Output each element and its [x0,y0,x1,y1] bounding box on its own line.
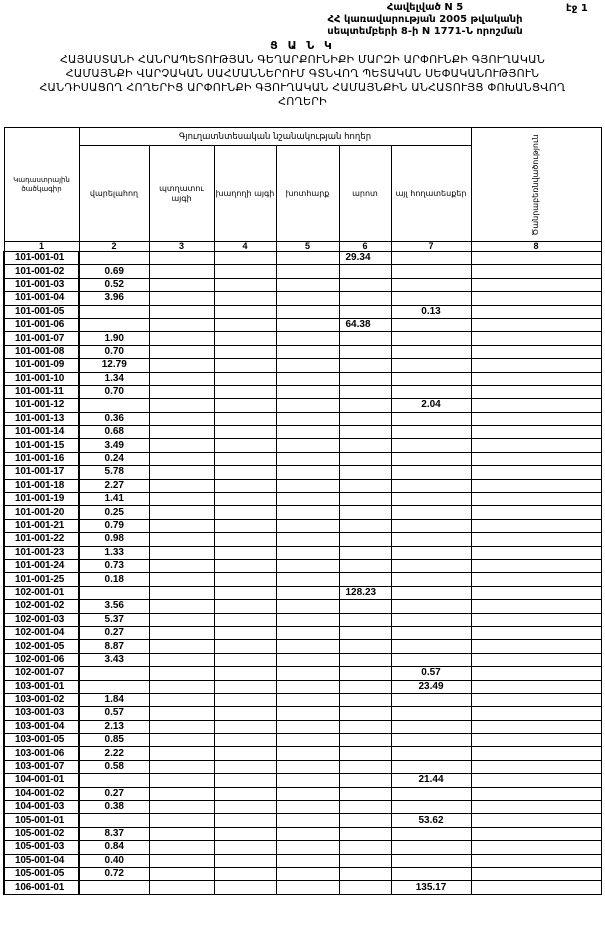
cell-vineyard [214,626,276,639]
cell-arable-land: 1.41 [79,493,149,506]
cell-other-land [391,854,471,867]
cell-vineyard [214,600,276,613]
cell-orchard [149,466,214,479]
title-list-word: Ց Ա Ն Կ [0,39,605,53]
cell-orchard [149,613,214,626]
cell-other-land [391,452,471,465]
cell-cadastral-code: 102-001-04 [4,626,79,639]
cell-pasture [339,372,391,385]
cell-hayfield [276,693,339,706]
cell-orchard [149,426,214,439]
cell-arable-land: 5.37 [79,613,149,626]
cell-orchard [149,653,214,666]
cell-hayfield [276,827,339,840]
cell-cadastral-code: 101-001-16 [4,452,79,465]
cell-arable-land [79,881,149,894]
cell-cadastral-code: 101-001-25 [4,573,79,586]
cell-hayfield [276,533,339,546]
cell-orchard [149,385,214,398]
cell-other-land [391,707,471,720]
cell-hayfield [276,452,339,465]
cell-cadastral-code: 101-001-01 [4,252,79,265]
cell-cadastral-code: 102-001-06 [4,653,79,666]
cell-pasture [339,667,391,680]
cell-hayfield [276,265,339,278]
annex-line: Հավելված N 5 [300,2,550,14]
cell-encumbrance [471,546,601,559]
cell-cadastral-code: 101-001-20 [4,506,79,519]
cell-arable-land: 0.58 [79,760,149,773]
cell-arable-land: 2.13 [79,720,149,733]
header-encumbrance: Ծանրաբեռնվածություն [471,128,601,242]
table-row: 101-001-231.33 [4,546,601,559]
column-number: 8 [471,242,601,252]
cell-vineyard [214,533,276,546]
cell-arable-land: 0.38 [79,801,149,814]
cell-pasture [339,600,391,613]
table-row: 101-001-250.18 [4,573,601,586]
document-title: Ց Ա Ն Կ ՀԱՅԱՍՏԱՆԻ ՀԱՆՐԱՊԵՏՈՒԹՅԱՆ ԳԵՂԱՐՔՈ… [0,39,605,109]
cell-pasture [339,801,391,814]
table-row: 104-001-0121.44 [4,774,601,787]
cell-other-land [391,559,471,572]
cell-pasture [339,426,391,439]
cell-hayfield [276,747,339,760]
table-row: 103-001-042.13 [4,720,601,733]
cell-hayfield [276,667,339,680]
cell-other-land [391,801,471,814]
cell-cadastral-code: 103-001-02 [4,693,79,706]
title-line: ՀԱՅԱՍՏԱՆԻ ՀԱՆՐԱՊԵՏՈՒԹՅԱՆ ԳԵՂԱՐՔՈՒՆԻՔԻ ՄԱ… [0,53,605,67]
cell-encumbrance [471,881,601,894]
cell-orchard [149,399,214,412]
cell-vineyard [214,305,276,318]
cell-cadastral-code: 101-001-11 [4,385,79,398]
cell-orchard [149,292,214,305]
header-encumbrance-label: Ծանրաբեռնվածություն [531,134,541,235]
cell-vineyard [214,707,276,720]
table-row: 101-001-130.36 [4,412,601,425]
table-row: 101-001-220.98 [4,533,601,546]
column-number: 2 [79,242,149,252]
cell-cadastral-code: 101-001-21 [4,519,79,532]
cell-encumbrance [471,332,601,345]
table-row: 101-001-071.90 [4,332,601,345]
cell-orchard [149,546,214,559]
cell-orchard [149,693,214,706]
cell-vineyard [214,734,276,747]
cell-arable-land: 2.22 [79,747,149,760]
cell-vineyard [214,774,276,787]
cell-cadastral-code: 105-001-05 [4,867,79,880]
cell-other-land [391,546,471,559]
cell-cadastral-code: 102-001-07 [4,667,79,680]
cell-vineyard [214,318,276,331]
cell-encumbrance [471,747,601,760]
table-row: 103-001-050.85 [4,734,601,747]
column-number: 5 [276,242,339,252]
cell-encumbrance [471,559,601,572]
cell-orchard [149,827,214,840]
table-row: 104-001-020.27 [4,787,601,800]
cell-pasture [339,841,391,854]
cell-vineyard [214,493,276,506]
cell-arable-land: 0.79 [79,519,149,532]
cell-other-land [391,359,471,372]
cell-orchard [149,854,214,867]
cell-vineyard [214,640,276,653]
cell-arable-land: 2.27 [79,479,149,492]
table-row: 101-001-140.68 [4,426,601,439]
cell-arable-land: 0.84 [79,841,149,854]
cell-encumbrance [471,466,601,479]
cell-cadastral-code: 101-001-10 [4,372,79,385]
cell-pasture [339,827,391,840]
cell-cadastral-code: 101-001-05 [4,305,79,318]
cell-arable-land: 0.69 [79,265,149,278]
cell-encumbrance [471,519,601,532]
cell-orchard [149,734,214,747]
cell-pasture [339,385,391,398]
cell-encumbrance [471,774,601,787]
cell-orchard [149,573,214,586]
cell-other-land [391,332,471,345]
cell-cadastral-code: 104-001-01 [4,774,79,787]
cell-pasture [339,305,391,318]
cell-cadastral-code: 101-001-12 [4,399,79,412]
cell-pasture [339,466,391,479]
cell-pasture [339,747,391,760]
cell-pasture [339,653,391,666]
cell-vineyard [214,359,276,372]
cell-vineyard [214,841,276,854]
cell-orchard [149,841,214,854]
header-cadastral-code: Կադաստրային ծածկագիր [4,128,79,242]
page-number: էջ 1 [566,3,588,14]
cell-cadastral-code: 103-001-04 [4,720,79,733]
table-row: 105-001-028.37 [4,827,601,840]
header-vineyard: խաղողի այգի [214,146,276,242]
cell-other-land [391,734,471,747]
cell-cadastral-code: 101-001-17 [4,466,79,479]
cell-cadastral-code: 102-001-03 [4,613,79,626]
cell-pasture [339,707,391,720]
table-row: 101-001-182.27 [4,479,601,492]
cell-pasture: 64.38 [339,318,391,331]
cell-arable-land: 0.70 [79,345,149,358]
cell-hayfield [276,359,339,372]
cell-orchard [149,305,214,318]
column-number: 6 [339,242,391,252]
cell-encumbrance [471,359,601,372]
cell-hayfield [276,841,339,854]
cell-other-land: 23.49 [391,680,471,693]
cell-other-land [391,693,471,706]
table-row: 102-001-058.87 [4,640,601,653]
cell-pasture [339,412,391,425]
cell-vineyard [214,546,276,559]
cell-hayfield [276,305,339,318]
cell-encumbrance [471,252,601,265]
cell-hayfield [276,586,339,599]
cell-hayfield [276,439,339,452]
cell-vineyard [214,680,276,693]
table-row: 105-001-0153.62 [4,814,601,827]
header-hayfield: խոտհարք [276,146,339,242]
cell-encumbrance [471,720,601,733]
cell-hayfield [276,318,339,331]
cell-hayfield [276,399,339,412]
table-row: 102-001-01128.23 [4,586,601,599]
cell-vineyard [214,399,276,412]
cell-arable-land: 0.73 [79,559,149,572]
cell-other-land [391,318,471,331]
cell-encumbrance [471,318,601,331]
cell-orchard [149,533,214,546]
cell-encumbrance [471,305,601,318]
cell-hayfield [276,867,339,880]
cell-vineyard [214,278,276,291]
cell-pasture [339,734,391,747]
cell-vineyard [214,452,276,465]
cell-orchard [149,493,214,506]
cell-vineyard [214,881,276,894]
cell-vineyard [214,559,276,572]
cell-pasture [339,533,391,546]
table-row: 101-001-122.04 [4,399,601,412]
cell-cadastral-code: 101-001-02 [4,265,79,278]
cell-cadastral-code: 105-001-02 [4,827,79,840]
cell-hayfield [276,760,339,773]
cell-arable-land: 1.34 [79,372,149,385]
cell-cadastral-code: 101-001-18 [4,479,79,492]
column-number-row: 1 2 3 4 5 6 7 8 [4,242,601,252]
land-parcels-table: Կադաստրային ծածկագիր Գյուղատնտեսական նշա… [3,127,602,895]
cell-encumbrance [471,292,601,305]
cell-encumbrance [471,452,601,465]
cell-orchard [149,814,214,827]
cell-other-land [391,533,471,546]
cell-vineyard [214,801,276,814]
cell-encumbrance [471,867,601,880]
cell-hayfield [276,707,339,720]
cell-orchard [149,479,214,492]
table-row: 101-001-020.69 [4,265,601,278]
cell-orchard [149,345,214,358]
cell-orchard [149,332,214,345]
cell-other-land: 21.44 [391,774,471,787]
cell-cadastral-code: 104-001-02 [4,787,79,800]
column-number: 1 [4,242,79,252]
cell-encumbrance [471,626,601,639]
cell-encumbrance [471,693,601,706]
cell-other-land [391,841,471,854]
table-row: 102-001-063.43 [4,653,601,666]
table-row: 106-001-01135.17 [4,881,601,894]
cell-orchard [149,787,214,800]
cell-hayfield [276,345,339,358]
cell-other-land [391,385,471,398]
cell-arable-land: 0.85 [79,734,149,747]
cell-vineyard [214,867,276,880]
cell-vineyard [214,265,276,278]
cell-other-land [391,426,471,439]
cell-orchard [149,439,214,452]
cell-cadastral-code: 101-001-15 [4,439,79,452]
cell-encumbrance [471,801,601,814]
cell-arable-land [79,814,149,827]
cell-arable-land [79,667,149,680]
cell-hayfield [276,734,339,747]
cell-arable-land: 0.18 [79,573,149,586]
cell-orchard [149,265,214,278]
cell-other-land [391,292,471,305]
cell-arable-land: 5.78 [79,466,149,479]
cell-hayfield [276,600,339,613]
cell-other-land [391,252,471,265]
cell-cadastral-code: 101-001-07 [4,332,79,345]
cell-cadastral-code: 105-001-04 [4,854,79,867]
title-line: ՀԱՄԱՅՆՔԻ ՎԱՐՉԱԿԱՆ ՍԱՀՄԱՆՆԵՐՈՒՄ ԳՏՆՎՈՂ ՊԵ… [0,67,605,81]
cell-orchard [149,707,214,720]
cell-arable-land: 1.84 [79,693,149,706]
cell-orchard [149,412,214,425]
cell-hayfield [276,372,339,385]
cell-cadastral-code: 101-001-19 [4,493,79,506]
cell-orchard [149,452,214,465]
cell-pasture [339,814,391,827]
cell-orchard [149,600,214,613]
cell-vineyard [214,667,276,680]
cell-encumbrance [471,600,601,613]
cell-vineyard [214,760,276,773]
cell-encumbrance [471,653,601,666]
annex-line: սեպտեմբերի 8-ի N 1771-Ն որոշման [300,26,550,38]
cell-hayfield [276,573,339,586]
cell-orchard [149,278,214,291]
cell-vineyard [214,653,276,666]
cell-encumbrance [471,479,601,492]
cell-encumbrance [471,787,601,800]
cell-arable-land [79,318,149,331]
cell-orchard [149,680,214,693]
cell-encumbrance [471,372,601,385]
cell-other-land [391,640,471,653]
cell-arable-land: 0.68 [79,426,149,439]
cell-pasture [339,345,391,358]
cell-vineyard [214,345,276,358]
table-row: 102-001-035.37 [4,613,601,626]
cell-vineyard [214,426,276,439]
cell-other-land [391,372,471,385]
header-pasture: արոտ [339,146,391,242]
cell-hayfield [276,854,339,867]
cell-other-land [391,787,471,800]
cell-pasture [339,640,391,653]
cell-vineyard [214,747,276,760]
cell-hayfield [276,814,339,827]
cell-arable-land: 3.43 [79,653,149,666]
cell-vineyard [214,613,276,626]
cell-hayfield [276,332,339,345]
cell-orchard [149,881,214,894]
table-row: 103-001-062.22 [4,747,601,760]
table-row: 101-001-043.96 [4,292,601,305]
table-row: 101-001-175.78 [4,466,601,479]
cell-orchard [149,586,214,599]
title-line: ՀՈՂԵՐԻ [0,95,605,109]
cell-hayfield [276,653,339,666]
cell-encumbrance [471,506,601,519]
cell-arable-land: 1.90 [79,332,149,345]
cell-encumbrance [471,827,601,840]
cell-other-land [391,720,471,733]
cell-other-land [391,439,471,452]
cell-encumbrance [471,265,601,278]
cell-pasture [339,506,391,519]
cell-orchard [149,318,214,331]
table-row: 101-001-030.52 [4,278,601,291]
cell-pasture [339,854,391,867]
cell-hayfield [276,466,339,479]
cell-encumbrance [471,841,601,854]
cell-vineyard [214,693,276,706]
cell-other-land [391,506,471,519]
cell-orchard [149,867,214,880]
cell-orchard [149,667,214,680]
cell-hayfield [276,519,339,532]
cell-encumbrance [471,734,601,747]
cell-cadastral-code: 105-001-01 [4,814,79,827]
table-row: 103-001-070.58 [4,760,601,773]
cell-vineyard [214,439,276,452]
table-row: 101-001-200.25 [4,506,601,519]
cell-encumbrance [471,533,601,546]
cell-cadastral-code: 103-001-06 [4,747,79,760]
cell-other-land [391,626,471,639]
cell-vineyard [214,814,276,827]
cell-vineyard [214,252,276,265]
cell-arable-land: 0.27 [79,626,149,639]
cell-cadastral-code: 101-001-24 [4,559,79,572]
cell-other-land: 53.62 [391,814,471,827]
cell-vineyard [214,720,276,733]
cell-hayfield [276,426,339,439]
cell-pasture [339,399,391,412]
cell-cadastral-code: 103-001-07 [4,760,79,773]
cell-encumbrance [471,613,601,626]
cell-encumbrance [471,399,601,412]
cell-other-land [391,613,471,626]
cell-vineyard [214,372,276,385]
cell-hayfield [276,292,339,305]
cell-other-land [391,867,471,880]
cell-pasture [339,787,391,800]
cell-cadastral-code: 101-001-03 [4,278,79,291]
annex-reference: Հավելված N 5 ՀՀ կառավարության 2005 թվակա… [300,2,550,38]
table-row: 102-001-023.56 [4,600,601,613]
cell-hayfield [276,412,339,425]
cell-encumbrance [471,412,601,425]
cell-arable-land: 0.52 [79,278,149,291]
header-agricultural-land-group: Գյուղատնտեսական նշանակության հողեր [79,128,471,146]
cell-hayfield [276,626,339,639]
cell-vineyard [214,412,276,425]
cell-orchard [149,747,214,760]
cell-pasture [339,479,391,492]
cell-arable-land: 8.37 [79,827,149,840]
cell-other-land [391,519,471,532]
